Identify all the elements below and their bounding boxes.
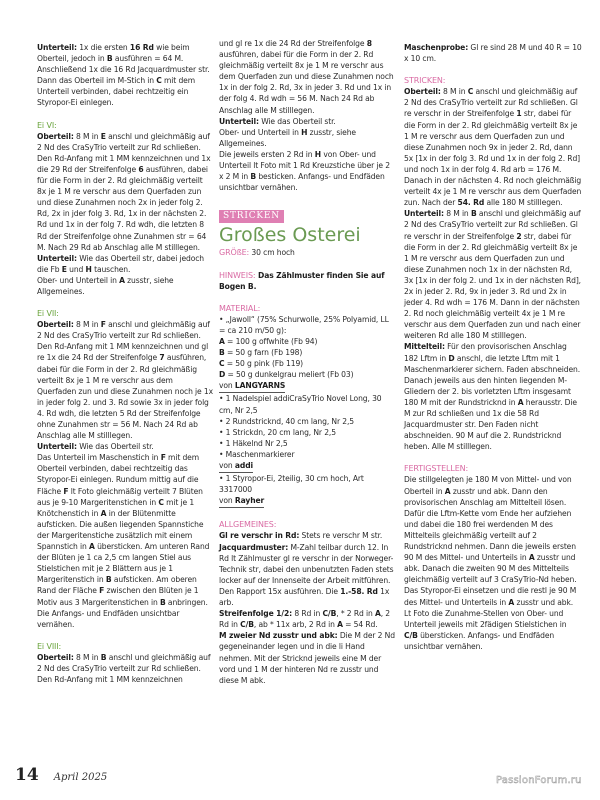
column-3: Maschenprobe: Gl re sind 28 M und 40 R =… <box>404 42 582 652</box>
tool-item: • 1 Häkelnd Nr 2,5 <box>219 438 395 449</box>
watermark: PassionForum.ru <box>496 775 582 786</box>
gl-re-paragraph: Gl re verschr in Rd: Stets re verschr M … <box>219 530 395 541</box>
dann-paragraph: Dann das Oberteil im M-Stich in C mit de… <box>37 75 213 108</box>
tool-item: • 2 Rundstricknd, 40 cm lang, Nr 2,5 <box>219 416 395 427</box>
ei8-kreuzstich-paragraph: Die jeweils ersten 2 Rd in H von Ober- u… <box>219 149 395 193</box>
streifenfolge-paragraph: Streifenfolge 1/2: 8 Rd in C/B, * 2 Rd i… <box>219 608 395 630</box>
fertigstellen-heading: FERTIGSTELLEN: <box>404 463 582 474</box>
size-line: GRÖßE: 30 cm hoch <box>219 247 395 258</box>
styropor-item: • 1 Styropor-Ei, 2teilig, 30 cm hoch, Ar… <box>219 473 395 495</box>
section-heading-ei-vii: Ei VII: <box>37 308 213 319</box>
color-D: D = 50 g dunkelgrau meliert (Fb 03) <box>219 369 395 380</box>
section-heading-ei-vi: Ei VI: <box>37 120 213 131</box>
label: Unterteil: <box>37 43 77 52</box>
color-B: B = 50 g farn (Fb 198) <box>219 347 395 358</box>
ei7-oberteil-paragraph: Oberteil: 8 M in F anschl und gleichmäßi… <box>37 319 213 441</box>
supplier-addi: von addi <box>219 460 395 473</box>
color-A: A = 100 g offwhite (Fb 94) <box>219 336 395 347</box>
material-heading: MATERIAL: <box>219 303 395 314</box>
tool-item: • 1 Nadelspiel addiCraSyTrio Novel Long,… <box>219 393 395 415</box>
ei8-unterteil-paragraph: Unterteil: Wie das Oberteil str. <box>219 116 395 127</box>
ei6-zusammen-paragraph: Ober- und Unterteil in A zusstr, siehe A… <box>37 275 213 297</box>
column-2: und gl re 1x die 24 Rd der Streifenfolge… <box>219 38 395 686</box>
page-number: 14 <box>15 765 39 785</box>
unterteil-paragraph: Unterteil: 8 M in B anschl und gleichmäß… <box>404 208 582 341</box>
tool-item: • 1 Strickdn, 20 cm lang, Nr 2,5 <box>219 427 395 438</box>
column-1: Unterteil: 1x die ersten 16 Rd wie beim … <box>37 42 213 685</box>
category-tag: STRICKEN <box>219 210 284 223</box>
mittelteil-paragraph: Mittelteil: Für den provisorischen Ansch… <box>404 341 582 452</box>
pattern-title: Großes Osterei <box>219 223 395 247</box>
page-footer: 14 April 2025 <box>15 765 107 785</box>
ei7-unterteil-paragraph: Unterteil: Wie das Oberteil str. <box>37 441 213 452</box>
ei6-unterteil-paragraph: Unterteil: Wie das Oberteil str, dabei j… <box>37 253 213 275</box>
supplier-rayher: von Rayher <box>219 495 395 508</box>
unterteil-v-paragraph: Unterteil: 1x die ersten 16 Rd wie beim … <box>37 42 213 75</box>
material-yarn: • „Jawoll“ (75% Schurwolle, 25% Polyamid… <box>219 314 395 336</box>
allgemeines-heading: ALLGEMEINES: <box>219 519 395 530</box>
tool-item: • Maschenmarkierer <box>219 449 395 460</box>
maschenprobe-paragraph: Maschenprobe: Gl re sind 28 M und 40 R =… <box>404 42 582 64</box>
section-heading-ei-viii: Ei VIII: <box>37 641 213 652</box>
ei8-oberteil-paragraph: Oberteil: 8 M in B anschl und gleichmäßi… <box>37 652 213 685</box>
ei6-oberteil-paragraph: Oberteil: 8 M in E anschl und gleichmäßi… <box>37 131 213 253</box>
ei7-stick-paragraph: Das Unterteil im Maschenstich in F mit d… <box>37 452 213 630</box>
jacquard-paragraph: Jacquardmuster: M-Zahl teilbar durch 12.… <box>219 542 395 609</box>
color-C: C = 50 g pink (Fb 119) <box>219 358 395 369</box>
supplier-langyarns: von LANGYARNS <box>219 380 395 393</box>
issue-date: April 2025 <box>54 772 107 783</box>
ei8-zusammen-paragraph: Ober- und Unterteil in H zusstr, siehe A… <box>219 127 395 149</box>
oberteil-paragraph: Oberteil: 8 M in C anschl und gleichmäßi… <box>404 86 582 208</box>
hint-line: HINWEIS: Das Zählmuster finden Sie auf B… <box>219 270 395 292</box>
fertigstellen-paragraph: Die stillgelegten je 180 M von Mittel- u… <box>404 474 582 652</box>
ei8-continued-paragraph: und gl re 1x die 24 Rd der Streifenfolge… <box>219 38 395 116</box>
zusstr-abk-paragraph: M zweier Nd zusstr und abk: Die M der 2 … <box>219 630 395 685</box>
stricken-heading: STRICKEN: <box>404 75 582 86</box>
